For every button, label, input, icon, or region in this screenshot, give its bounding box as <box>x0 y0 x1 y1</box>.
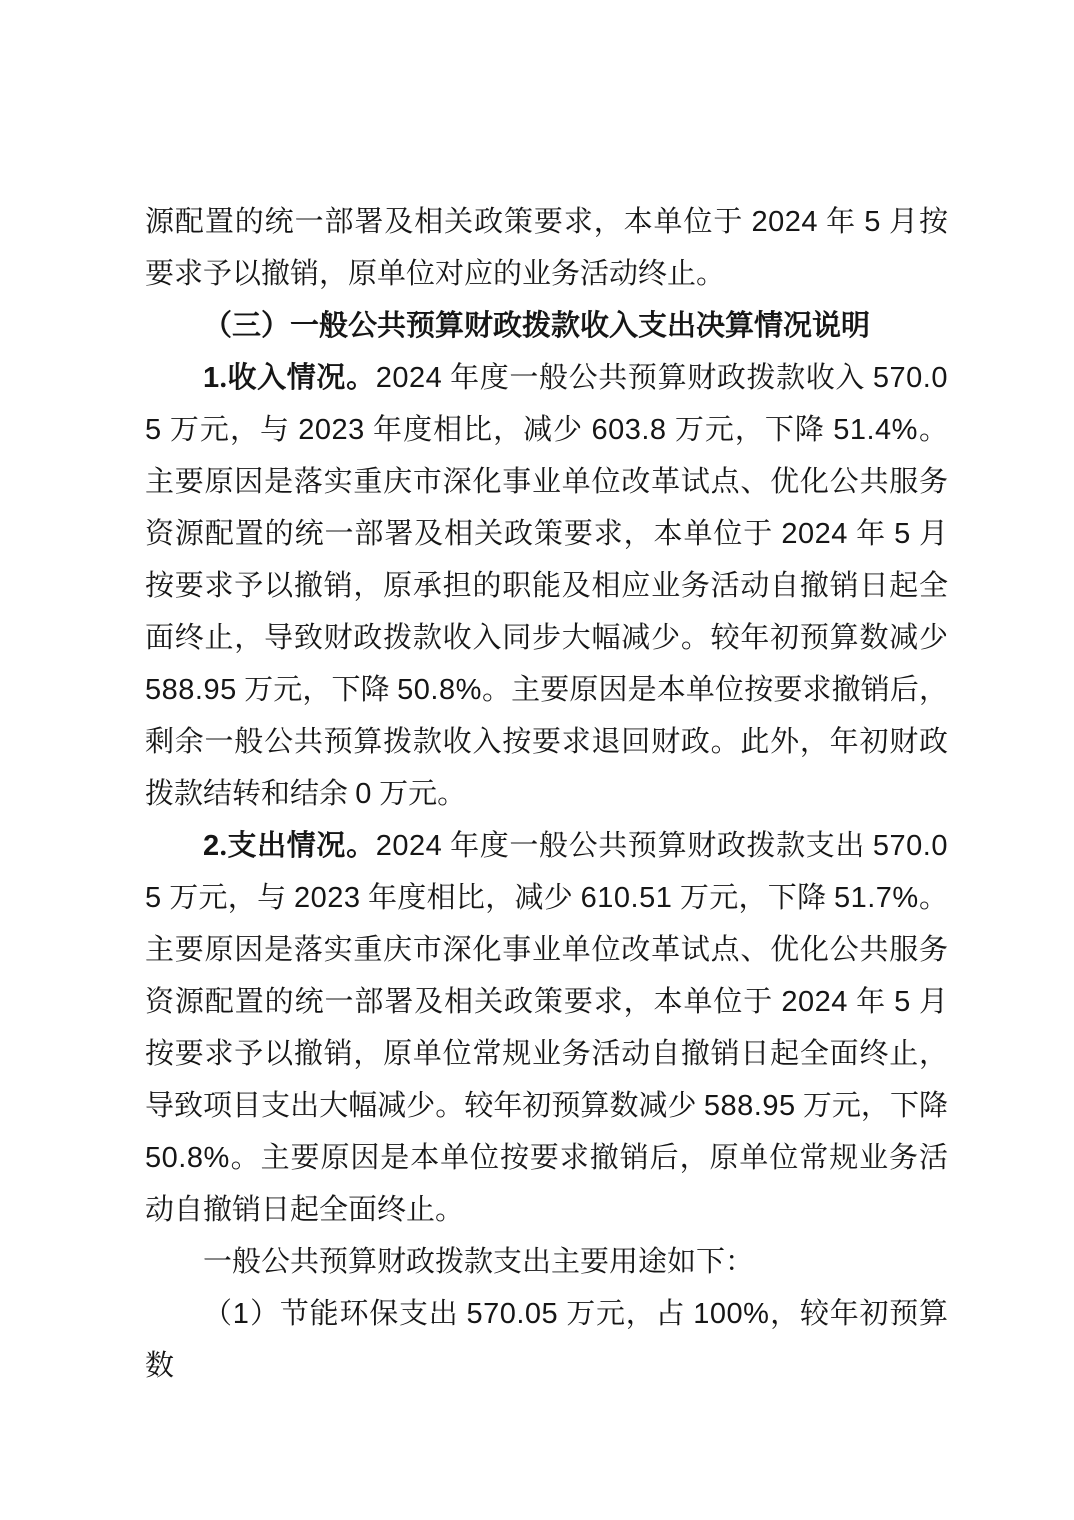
paragraph-p6-item1: （1）节能环保支出 570.05 万元，占 100%，较年初预算数 <box>145 1288 948 1392</box>
text-run: 一般公共预算财政拨款支出主要用途如下： <box>203 1246 754 1278</box>
paragraph-p4-expenditure: 2.支出情况。2024 年度一般公共预算财政拨款支出 570.05 万元，与 2… <box>145 820 948 1236</box>
numeric-value: 2023 <box>298 414 365 446</box>
paragraph-p3-income: 1.收入情况。2024 年度一般公共预算财政拨款收入 570.05 万元，与 2… <box>145 352 948 820</box>
numeric-value: 610.51 <box>581 882 673 914</box>
numeric-value: 2 <box>203 830 220 862</box>
numeric-value: 2024 <box>781 518 848 550</box>
numeric-value: 100% <box>693 1298 769 1330</box>
document-page: 源配置的统一部署及相关政策要求，本单位于 2024 年 5 月按要求予以撤销，原… <box>0 0 1074 1520</box>
numeric-value: 2024 <box>376 830 443 862</box>
numeric-value: 2023 <box>294 882 361 914</box>
numeric-value: 51.7% <box>834 882 919 914</box>
document-body: 源配置的统一部署及相关政策要求，本单位于 2024 年 5 月按要求予以撤销，原… <box>145 196 948 1392</box>
numeric-value: 1 <box>203 362 220 394</box>
numeric-value: 588.95 <box>145 674 237 706</box>
text-run: 2024 年度一般公共预算财政拨款支出 570.05 万元，与 2023 年度相… <box>145 830 948 1226</box>
numeric-value: 51.4% <box>833 414 918 446</box>
numeric-value: 50.8% <box>397 674 482 706</box>
numeric-value: 0 <box>355 778 372 810</box>
numeric-value: 2024 <box>751 206 818 238</box>
text-run: 2.支出情况。 <box>203 830 376 862</box>
text-run: 2024 年度一般公共预算财政拨款收入 570.05 万元，与 2023 年度相… <box>145 362 948 810</box>
numeric-value: 588.95 <box>704 1090 796 1122</box>
numeric-value: 2024 <box>781 986 848 1018</box>
numeric-value: 1 <box>233 1298 250 1330</box>
numeric-value: 2024 <box>376 362 443 394</box>
numeric-value: 570.05 <box>466 1298 558 1330</box>
numeric-value: 50.8% <box>145 1142 230 1174</box>
numeric-value: 5 <box>864 206 881 238</box>
numeric-value: 603.8 <box>591 414 666 446</box>
numeric-value: 5 <box>894 518 911 550</box>
text-run: （三）一般公共预算财政拨款收入支出决算情况说明 <box>203 310 870 342</box>
text-run: 源配置的统一部署及相关政策要求，本单位于 2024 年 5 月按要求予以撤销，原… <box>145 206 948 290</box>
text-run: 1.收入情况。 <box>203 362 376 394</box>
numeric-value: 5 <box>894 986 911 1018</box>
paragraph-p2-section-heading: （三）一般公共预算财政拨款收入支出决算情况说明 <box>145 300 948 352</box>
paragraph-p1-continuation: 源配置的统一部署及相关政策要求，本单位于 2024 年 5 月按要求予以撤销，原… <box>145 196 948 300</box>
paragraph-p5-usage-intro: 一般公共预算财政拨款支出主要用途如下： <box>145 1236 948 1288</box>
text-run: （1）节能环保支出 570.05 万元，占 100%，较年初预算数 <box>145 1298 948 1382</box>
